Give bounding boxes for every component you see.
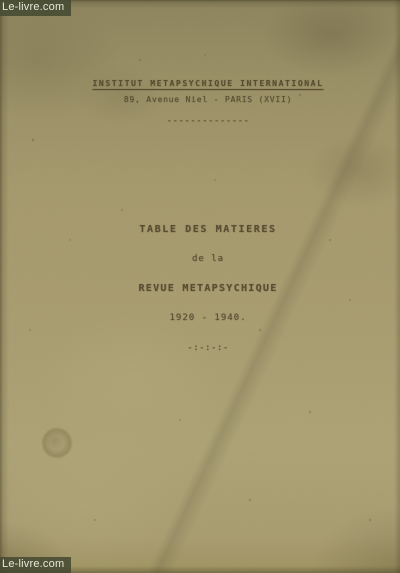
- end-ornament: -:-:-:-: [187, 343, 228, 353]
- institution-name: INSTITUT METAPSYCHIQUE INTERNATIONAL: [93, 79, 324, 88]
- scanned-document-cover: INSTITUT METAPSYCHIQUE INTERNATIONAL 89,…: [0, 0, 400, 573]
- dashed-divider: --------------: [167, 116, 250, 126]
- year-range: 1920 - 1940.: [169, 313, 246, 323]
- watermark-top-left: Le-livre.com: [0, 0, 71, 16]
- publication-name: REVUE METAPSYCHIQUE: [138, 283, 277, 294]
- watermark-bottom-left: Le-livre.com: [0, 557, 71, 573]
- title-connector: de la: [192, 254, 224, 264]
- institution-address: 89, Avenue Niel - PARIS (XVII): [124, 95, 293, 104]
- document-title: TABLE DES MATIERES: [139, 224, 276, 235]
- typewritten-text-block: INSTITUT METAPSYCHIQUE INTERNATIONAL 89,…: [0, 0, 400, 573]
